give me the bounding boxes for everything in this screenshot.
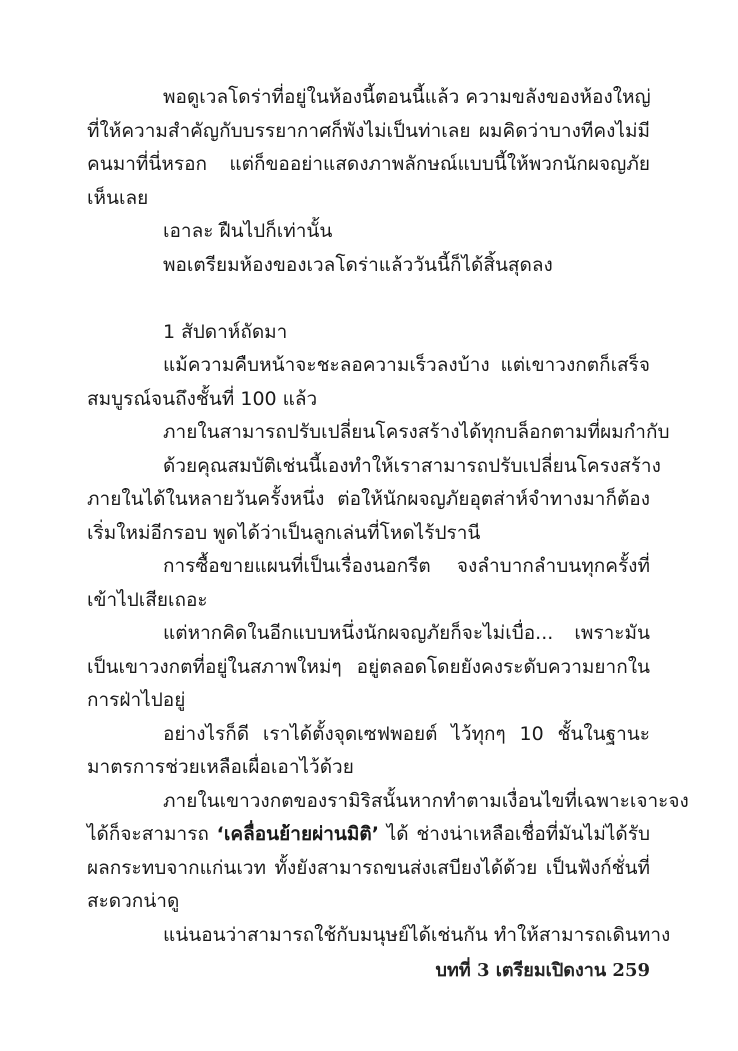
text-line: ภายในได้ในหลายวันครั้งหนึ่ง ต่อให้นักผจญ… <box>87 482 650 516</box>
section-heading: 1 สัปดาห์ถัดมา <box>163 315 650 349</box>
text-line: ผลกระทบจากแก่นเวท ทั้งยังสามารถขนส่งเสบี… <box>87 851 650 885</box>
text-line: คนมาที่นี่หรอก แต่ก็ขออย่าแสดงภาพลักษณ์แ… <box>87 147 650 181</box>
text-line: เข้าไปเสียเถอะ <box>87 583 650 617</box>
text-line: การซื้อขายแผนที่เป็นเรื่องนอกรีต จงลำบาก… <box>163 549 650 583</box>
text-line: แน่นอนว่าสามารถใช้กับมนุษย์ได้เช่นกัน ทำ… <box>163 918 650 952</box>
text-segment: ได้ ช่างน่าเหลือเชื่อที่มันไม่ได้รับ <box>379 823 650 845</box>
text-line: เอาละ ฝืนไปก็เท่านั้น <box>163 214 650 248</box>
text-line: เริ่มใหม่อีกรอบ พูดได้ว่าเป็นลูกเล่นที่โ… <box>87 516 650 550</box>
text-line: เป็นเขาวงกตที่อยู่ในสภาพใหม่ๆ อยู่ตลอดโด… <box>87 650 650 684</box>
book-page: พอดูเวลโดร่าที่อยู่ในห้องนี้ตอนนี้แล้ว ค… <box>0 0 738 1051</box>
text-line: สมบูรณ์จนถึงชั้นที่ 100 แล้ว <box>87 382 650 416</box>
text-line: ภายในสามารถปรับเปลี่ยนโครงสร้างได้ทุกบล็… <box>163 415 650 449</box>
text-line: มาตรการช่วยเหลือเผื่อเอาไว้ด้วย <box>87 750 650 784</box>
text-line: ด้วยคุณสมบัติเช่นนี้เองทำให้เราสามารถปรั… <box>163 449 650 483</box>
text-line: อย่างไรก็ดี เราได้ตั้งจุดเซฟพอยต์ ไว้ทุก… <box>163 717 650 751</box>
text-line: แต่หากคิดในอีกแบบหนึ่งนักผจญภัยก็จะไม่เบ… <box>163 616 650 650</box>
text-line: พอเตรียมห้องของเวลโดร่าแล้ววันนี้ก็ได้สิ… <box>163 248 650 282</box>
text-segment: ได้ก็จะสามารถ <box>87 823 217 845</box>
text-line-with-emphasis: ได้ก็จะสามารถ ‘เคลื่อนย้ายผ่านมิติ’ ได้ … <box>87 817 650 851</box>
text-line: แม้ความคืบหน้าจะชะลอความเร็วลงบ้าง แต่เข… <box>163 348 650 382</box>
text-line: การฝ่าไปอยู่ <box>87 683 650 717</box>
page-footer: บทที่ 3 เตรียมเปิดงาน 259 <box>436 955 650 984</box>
emphasized-term: ‘เคลื่อนย้ายผ่านมิติ’ <box>217 823 379 845</box>
text-line: พอดูเวลโดร่าที่อยู่ในห้องนี้ตอนนี้แล้ว ค… <box>163 80 650 114</box>
text-line: สะดวกน่าดู <box>87 884 650 918</box>
text-line: ที่ให้ความสำคัญกับบรรยากาศก็พังไม่เป็นท่… <box>87 114 650 148</box>
text-line: เห็นเลย <box>87 181 650 215</box>
text-line: ภายในเขาวงกตของรามิริสนั้นหากทำตามเงื่อน… <box>163 784 650 818</box>
